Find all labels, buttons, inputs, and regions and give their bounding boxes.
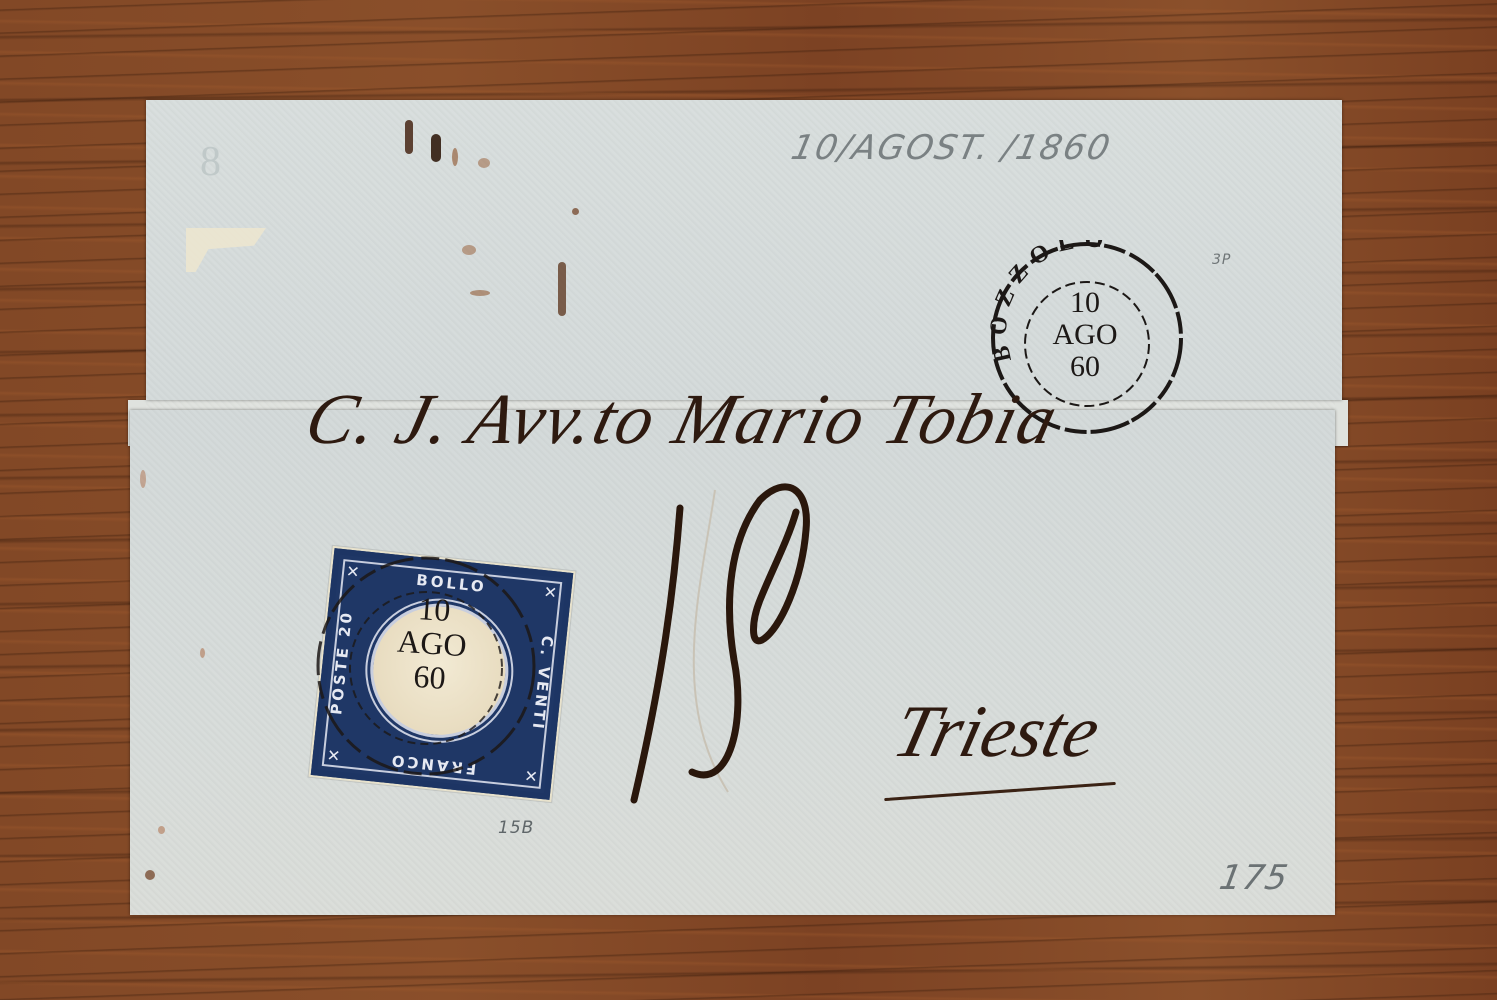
pencil-price-note: 175 — [1216, 858, 1291, 898]
ink-stain — [140, 470, 146, 488]
ink-stain — [405, 120, 413, 154]
pencil-catalog-number: 15B — [498, 818, 534, 838]
folded-letter: 8 10/AGOST. /1860 3P 15B 175 BOZZOLO 10 … — [0, 0, 1497, 1000]
recipient-name: C. J. Avv.to Mario Tobia — [298, 378, 1067, 461]
ink-stain — [462, 245, 476, 255]
postmark-month: AGO — [1053, 318, 1118, 351]
ink-stain — [431, 134, 441, 162]
ink-stain — [572, 208, 579, 215]
destination-city: Trieste — [885, 690, 1108, 775]
stamp-cancellation: 10 AGO 60 — [296, 528, 536, 788]
ink-stain — [558, 262, 566, 316]
pencil-date-note: 10/AGOST. /1860 — [788, 128, 1116, 168]
pencil-reference-note: 3P — [1212, 252, 1231, 268]
cancel-year: 60 — [389, 657, 471, 696]
ink-stain — [158, 826, 165, 834]
postmark-day: 10 — [1070, 286, 1100, 319]
ink-stain — [145, 870, 155, 880]
postmark-year: 60 — [1070, 350, 1100, 383]
faint-embossed-eight: 8 — [200, 138, 221, 186]
ink-stain — [200, 648, 205, 658]
cancel-month: AGO — [391, 623, 473, 662]
stamp-corner-ornament-icon: ✕ — [543, 582, 558, 602]
ink-stain — [452, 148, 458, 166]
postage-due-rate-mark — [610, 470, 830, 810]
ink-stain — [478, 158, 490, 168]
ink-stain — [470, 290, 490, 296]
